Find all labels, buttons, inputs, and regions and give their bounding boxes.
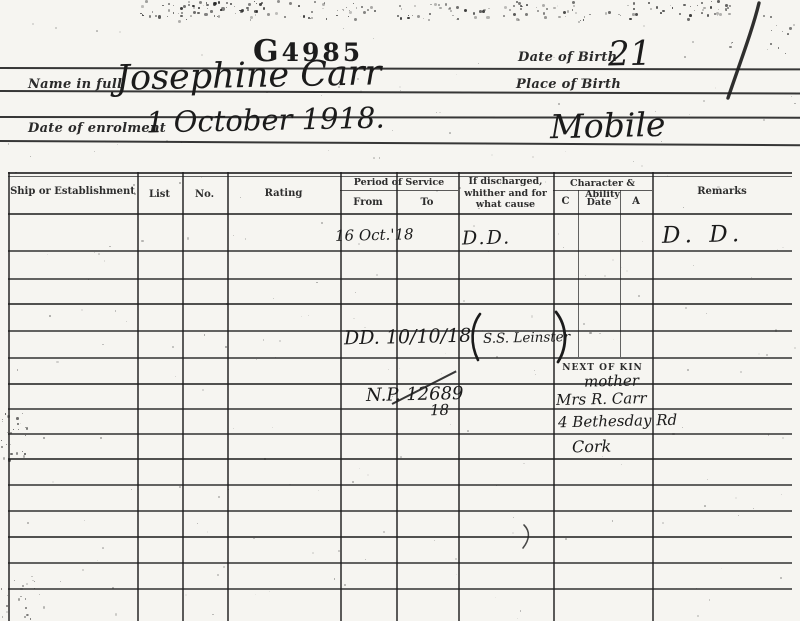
noise-speckle xyxy=(20,423,21,424)
grid-line xyxy=(8,562,792,564)
noise-speckle xyxy=(134,193,135,194)
entry-from-date: 16 Oct.'18 xyxy=(335,225,414,245)
noise-speckle xyxy=(650,8,652,10)
noise-speckle xyxy=(94,252,95,253)
noise-speckle xyxy=(188,1,190,3)
noise-speckle xyxy=(1,588,2,589)
noise-speckle xyxy=(218,1,221,4)
noise-speckle xyxy=(683,207,684,208)
noise-speckle xyxy=(272,427,273,428)
noise-speckle xyxy=(513,13,516,16)
noise-speckle xyxy=(534,370,535,371)
noise-speckle xyxy=(738,515,739,516)
noise-speckle xyxy=(22,413,24,415)
noise-speckle xyxy=(633,8,635,10)
noise-speckle xyxy=(233,235,234,236)
noise-speckle xyxy=(23,455,26,458)
noise-speckle xyxy=(638,295,640,297)
noise-speckle xyxy=(758,353,760,355)
noise-speckle xyxy=(349,10,350,11)
noise-speckle xyxy=(311,11,313,13)
noise-speckle xyxy=(109,246,110,247)
noise-speckle xyxy=(14,580,15,581)
noise-speckle xyxy=(429,13,431,15)
noise-speckle xyxy=(1,446,3,448)
noise-speckle xyxy=(781,494,782,495)
noise-speckle xyxy=(204,334,206,336)
noise-speckle xyxy=(456,74,457,75)
noise-speckle xyxy=(269,591,270,592)
noise-speckle xyxy=(10,444,11,445)
noise-speckle xyxy=(595,197,596,198)
noise-speckle xyxy=(263,7,265,9)
noise-speckle xyxy=(168,9,170,11)
noise-speckle xyxy=(613,339,614,340)
noise-speckle xyxy=(343,28,344,29)
noise-speckle xyxy=(7,415,10,418)
noise-speckle xyxy=(365,559,366,560)
noise-speckle xyxy=(707,14,710,17)
noise-speckle xyxy=(450,424,451,425)
noise-speckle xyxy=(478,63,479,64)
noise-speckle xyxy=(620,15,621,16)
noise-speckle xyxy=(367,474,369,476)
grid-line xyxy=(8,303,792,305)
noise-speckle xyxy=(463,300,465,302)
noise-speckle xyxy=(26,583,28,585)
noise-speckle xyxy=(27,522,29,524)
noise-speckle xyxy=(520,8,522,10)
noise-speckle xyxy=(188,4,190,6)
noise-speckle xyxy=(633,2,636,5)
noise-speckle xyxy=(94,151,96,153)
noise-speckle xyxy=(635,13,638,16)
noise-speckle xyxy=(263,339,264,340)
noise-speckle xyxy=(753,508,754,509)
noise-speckle xyxy=(289,2,292,5)
noise-speckle xyxy=(20,588,22,590)
noise-speckle xyxy=(256,3,257,4)
noise-speckle xyxy=(633,161,634,162)
noise-speckle xyxy=(264,458,266,460)
scanned-service-record: G4985 Name in full Josephine Carr Date o… xyxy=(0,0,800,621)
noise-speckle xyxy=(193,5,195,7)
noise-speckle xyxy=(8,459,10,461)
noise-speckle xyxy=(289,484,290,485)
next-of-kin-city: Cork xyxy=(572,437,612,457)
noise-speckle xyxy=(6,611,8,613)
date-of-enrolment-value: 1 October 1918. xyxy=(146,101,385,140)
grid-line xyxy=(553,172,555,621)
noise-speckle xyxy=(642,241,643,242)
col-header-no: No. xyxy=(182,189,227,200)
noise-speckle xyxy=(612,520,614,522)
grid-line xyxy=(8,510,792,512)
noise-speckle xyxy=(439,7,442,10)
noise-speckle xyxy=(701,12,703,14)
noise-speckle xyxy=(56,87,57,88)
col-header-remarks: Remarks xyxy=(652,186,792,197)
noise-speckle xyxy=(782,247,783,248)
noise-speckle xyxy=(709,599,710,600)
noise-speckle xyxy=(683,4,686,7)
entry-discharge-note: DD. 10/10/18 xyxy=(344,325,472,350)
noise-speckle xyxy=(100,437,102,439)
noise-speckle xyxy=(214,15,216,17)
noise-speckle xyxy=(575,12,577,14)
noise-speckle xyxy=(450,10,452,12)
noise-speckle xyxy=(115,613,117,615)
noise-speckle xyxy=(531,315,533,317)
noise-speckle xyxy=(517,618,518,619)
noise-speckle xyxy=(155,15,157,17)
noise-speckle xyxy=(193,11,196,14)
grid-line xyxy=(8,250,792,252)
noise-speckle xyxy=(197,12,200,15)
noise-speckle xyxy=(612,259,614,261)
noise-speckle xyxy=(167,16,168,17)
noise-speckle xyxy=(584,16,586,18)
noise-speckle xyxy=(768,434,769,435)
noise-speckle xyxy=(763,119,765,121)
noise-speckle xyxy=(334,578,335,579)
noise-speckle xyxy=(565,151,566,152)
noise-speckle xyxy=(648,2,650,4)
noise-speckle xyxy=(370,6,373,9)
noise-speckle xyxy=(241,9,244,12)
noise-speckle xyxy=(7,595,8,596)
noise-speckle xyxy=(770,16,771,17)
noise-speckle xyxy=(401,8,403,10)
noise-speckle xyxy=(34,581,35,582)
noise-speckle xyxy=(261,2,263,4)
noise-speckle xyxy=(374,10,376,12)
noise-speckle xyxy=(22,585,24,587)
noise-speckle xyxy=(8,143,9,144)
noise-speckle xyxy=(197,523,198,524)
noise-speckle xyxy=(233,428,234,429)
noise-speckle xyxy=(253,538,255,540)
noise-speckle xyxy=(16,452,19,455)
noise-speckle xyxy=(186,19,188,21)
noise-speckle xyxy=(82,569,84,571)
noise-speckle xyxy=(26,427,29,430)
noise-speckle xyxy=(589,14,590,15)
noise-speckle xyxy=(226,2,229,5)
name-in-full-label: Name in full xyxy=(28,77,122,92)
noise-speckle xyxy=(149,15,151,17)
noise-speckle xyxy=(392,130,393,131)
noise-speckle xyxy=(275,12,278,15)
noise-speckle xyxy=(226,303,228,305)
noise-speckle xyxy=(445,353,446,354)
noise-speckle xyxy=(342,9,343,10)
place-of-birth-label: Place of Birth xyxy=(516,77,621,92)
grid-line xyxy=(8,408,792,410)
noise-speckle xyxy=(179,182,181,184)
noise-speckle xyxy=(175,376,177,378)
noise-speckle xyxy=(379,157,381,159)
noise-speckle xyxy=(441,373,442,374)
noise-speckle xyxy=(179,486,181,488)
noise-speckle xyxy=(1,440,2,441)
noise-speckle xyxy=(185,594,187,596)
noise-speckle xyxy=(400,90,401,91)
noise-speckle xyxy=(417,15,420,18)
noise-speckle xyxy=(687,369,689,371)
noise-speckle xyxy=(360,90,362,92)
noise-speckle xyxy=(88,279,89,280)
noise-speckle xyxy=(246,7,248,9)
noise-speckle xyxy=(32,23,34,25)
noise-speckle xyxy=(589,332,591,334)
noise-speckle xyxy=(338,86,340,88)
noise-speckle xyxy=(430,4,432,6)
noise-speckle xyxy=(102,547,104,549)
noise-speckle xyxy=(605,12,607,14)
noise-speckle xyxy=(119,31,121,33)
noise-speckle xyxy=(223,566,225,568)
noise-speckle xyxy=(567,190,568,191)
noise-speckle xyxy=(141,240,143,242)
entry-np-year: 18 xyxy=(430,401,449,419)
noise-speckle xyxy=(778,47,780,49)
noise-speckle xyxy=(621,464,622,465)
noise-speckle xyxy=(30,156,31,157)
noise-speckle xyxy=(277,0,280,3)
noise-speckle xyxy=(225,346,226,347)
grid-line xyxy=(182,172,184,621)
noise-speckle xyxy=(513,517,515,519)
noise-speckle xyxy=(25,607,27,609)
col-header-a: A xyxy=(620,196,652,207)
noise-speckle xyxy=(690,6,691,7)
noise-speckle xyxy=(488,8,490,10)
noise-speckle xyxy=(97,560,98,561)
noise-speckle xyxy=(58,120,59,121)
noise-speckle xyxy=(49,315,51,317)
noise-speckle xyxy=(697,615,699,617)
noise-speckle xyxy=(17,369,18,370)
noise-speckle xyxy=(785,53,786,54)
noise-speckle xyxy=(399,5,401,7)
noise-speckle xyxy=(363,11,366,14)
noise-speckle xyxy=(504,6,507,9)
noise-speckle xyxy=(397,15,399,17)
col-header-ship: Ship or Establishment xyxy=(8,186,137,197)
noise-speckle xyxy=(687,18,689,20)
noise-speckle xyxy=(254,1,255,2)
noise-speckle xyxy=(81,309,83,311)
grid-line xyxy=(8,536,792,538)
grid-line xyxy=(578,190,579,357)
noise-speckle xyxy=(180,15,182,17)
noise-speckle xyxy=(388,369,389,370)
noise-speckle xyxy=(473,12,475,14)
noise-speckle xyxy=(284,16,286,18)
noise-speckle xyxy=(279,340,281,342)
noise-speckle xyxy=(488,251,490,253)
noise-speckle xyxy=(660,12,662,14)
entry-remarks: D. D. xyxy=(662,221,745,249)
noise-speckle xyxy=(43,437,44,438)
noise-speckle xyxy=(22,451,23,452)
noise-speckle xyxy=(117,144,118,145)
noise-speckle xyxy=(145,0,148,3)
noise-speckle xyxy=(204,13,208,17)
noise-speckle xyxy=(791,96,792,97)
noise-speckle xyxy=(30,618,31,619)
rule-line xyxy=(0,116,800,118)
noise-speckle xyxy=(643,25,645,27)
noise-speckle xyxy=(572,9,574,11)
noise-speckle xyxy=(662,522,664,524)
noise-speckle xyxy=(213,2,216,5)
noise-speckle xyxy=(408,15,409,16)
noise-speckle xyxy=(496,485,497,486)
next-of-kin-address: 4 Bethesday Rd xyxy=(558,411,678,431)
noise-speckle xyxy=(717,186,719,188)
noise-speckle xyxy=(558,103,560,105)
noise-speckle xyxy=(532,156,534,158)
grid-line xyxy=(8,172,792,174)
grid-line xyxy=(620,190,621,357)
noise-speckle xyxy=(423,18,424,19)
noise-speckle xyxy=(717,15,718,16)
noise-speckle xyxy=(563,11,566,14)
noise-speckle xyxy=(328,150,329,151)
noise-speckle xyxy=(47,254,48,255)
noise-speckle xyxy=(526,4,528,6)
noise-speckle xyxy=(84,520,85,521)
noise-speckle xyxy=(207,531,209,533)
noise-speckle xyxy=(703,100,705,102)
grid-line xyxy=(8,484,792,486)
noise-speckle xyxy=(367,9,369,11)
noise-speckle xyxy=(725,4,728,7)
noise-speckle xyxy=(18,429,19,430)
grid-line xyxy=(652,172,654,621)
noise-speckle xyxy=(521,6,523,8)
next-of-kin-name: Mrs R. Carr xyxy=(556,389,647,409)
noise-speckle xyxy=(459,187,461,189)
noise-speckle xyxy=(96,30,98,32)
noise-speckle xyxy=(782,31,783,32)
noise-speckle xyxy=(2,616,3,617)
noise-speckle xyxy=(346,7,348,9)
noise-speckle xyxy=(392,396,393,397)
noise-speckle xyxy=(141,5,144,8)
noise-speckle xyxy=(10,453,12,455)
noise-speckle xyxy=(495,597,496,598)
noise-speckle xyxy=(3,457,5,459)
noise-speckle xyxy=(206,4,209,7)
noise-speckle xyxy=(343,10,344,11)
noise-speckle xyxy=(735,497,736,498)
noise-speckle xyxy=(553,7,555,9)
noise-speckle xyxy=(535,374,536,375)
noise-speckle xyxy=(464,9,467,12)
noise-speckle xyxy=(727,7,729,9)
noise-speckle xyxy=(56,361,58,363)
noise-speckle xyxy=(565,538,567,540)
noise-speckle xyxy=(604,275,606,277)
noise-speckle xyxy=(672,433,674,435)
noise-speckle xyxy=(98,253,100,255)
noise-speckle xyxy=(104,260,106,262)
noise-speckle xyxy=(689,14,692,17)
noise-speckle xyxy=(24,453,26,455)
noise-speckle xyxy=(303,15,305,17)
noise-speckle xyxy=(349,11,351,13)
noise-speckle xyxy=(300,16,301,17)
noise-speckle xyxy=(684,56,686,58)
noise-speckle xyxy=(672,7,673,8)
grid-line xyxy=(8,588,792,590)
noise-speckle xyxy=(172,346,174,348)
grid-line xyxy=(8,172,10,621)
noise-speckle xyxy=(444,412,445,413)
noise-speckle xyxy=(729,46,731,48)
noise-speckle xyxy=(152,11,153,12)
noise-speckle xyxy=(641,165,643,167)
noise-speckle xyxy=(181,80,183,82)
noise-speckle xyxy=(542,4,545,7)
noise-speckle xyxy=(355,292,356,293)
noise-speckle xyxy=(212,614,213,615)
noise-speckle xyxy=(158,15,161,18)
noise-speckle xyxy=(255,594,256,595)
noise-speckle xyxy=(318,490,319,491)
noise-speckle xyxy=(693,265,694,266)
noise-speckle xyxy=(776,25,777,26)
noise-speckle xyxy=(520,610,521,611)
noise-speckle xyxy=(308,315,309,316)
noise-speckle xyxy=(17,423,19,425)
noise-speckle xyxy=(55,27,57,29)
noise-speckle xyxy=(438,4,440,6)
noise-speckle xyxy=(662,10,665,13)
noise-speckle xyxy=(348,16,349,17)
col-header-from: From xyxy=(340,197,396,208)
noise-speckle xyxy=(250,19,252,21)
noise-speckle xyxy=(452,15,453,16)
noise-speckle xyxy=(336,15,338,17)
noise-speckle xyxy=(685,307,686,308)
noise-speckle xyxy=(220,9,222,11)
noise-speckle xyxy=(412,15,413,16)
noise-speckle xyxy=(439,112,441,114)
noise-speckle xyxy=(245,238,247,240)
noise-speckle xyxy=(583,323,585,325)
noise-speckle xyxy=(376,274,378,276)
mobility-value: Mobile xyxy=(550,105,666,146)
noise-speckle xyxy=(567,10,570,13)
noise-speckle xyxy=(523,463,525,465)
noise-speckle xyxy=(316,282,318,284)
noise-speckle xyxy=(168,3,170,5)
noise-speckle xyxy=(60,581,61,582)
noise-speckle xyxy=(740,371,742,373)
noise-speckle xyxy=(187,237,189,239)
noise-speckle xyxy=(202,389,204,391)
noise-speckle xyxy=(400,456,402,458)
noise-speckle xyxy=(273,298,275,300)
col-header-discharged: If discharged, whither and for what caus… xyxy=(463,176,548,211)
noise-speckle xyxy=(716,12,719,15)
noise-speckle xyxy=(563,247,564,248)
grid-line xyxy=(8,278,792,280)
